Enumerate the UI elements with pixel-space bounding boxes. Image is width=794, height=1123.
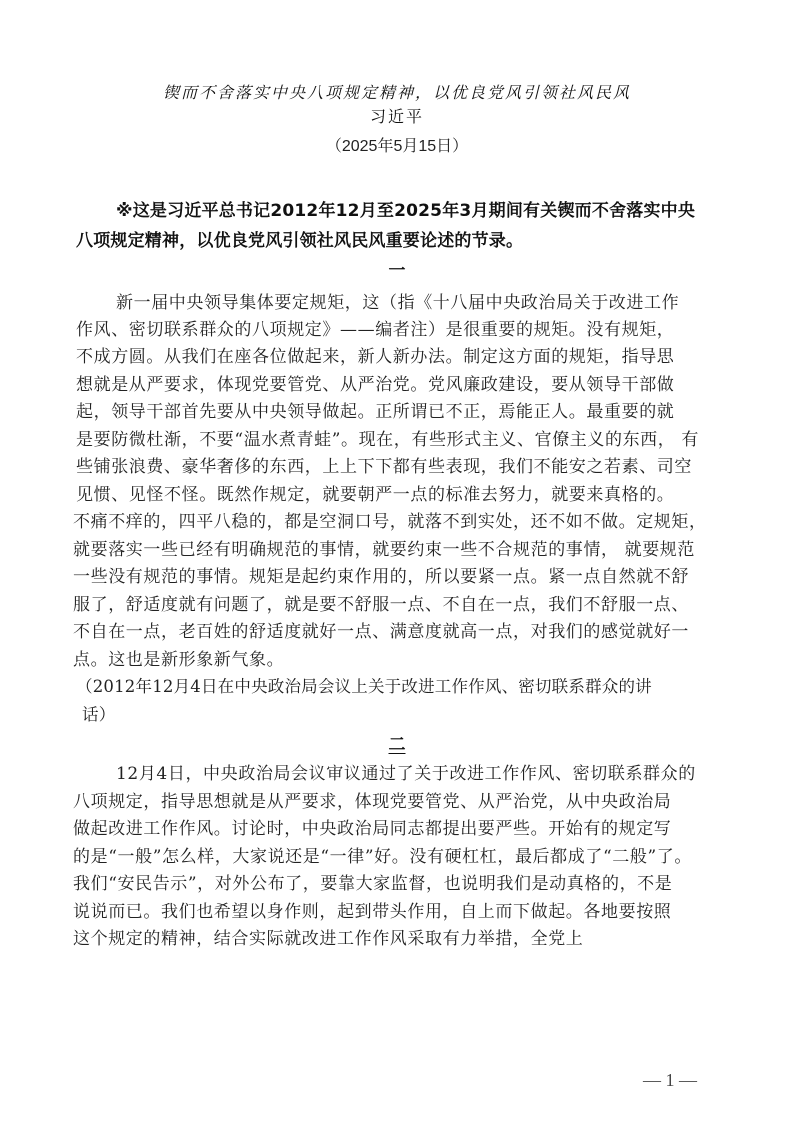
editor-note-line: ※这是习近平总书记2012年12月至2025年3月期间有关锲而不舍落实中央 [116, 200, 695, 222]
paragraph-line: 八项规定，指导思想就是从严要求，体现党要管党、从严治党，从中央政治局 [73, 791, 671, 813]
section-number-label: 二 [389, 735, 406, 755]
document-title: 锲而不舍落实中央八项规定精神，以优良党风引领社风民风 [0, 82, 794, 104]
paragraph-line: 做起改进工作作风。讨论时，中央政治局同志都提出要严些。开始有的规定写 [73, 818, 671, 840]
paragraph-line: 一些没有规范的事情。规矩是起约束作用的，所以要紧一点。紧一点自然就不舒 [73, 566, 689, 588]
paragraph-line: 起，领导干部首先要从中央领导做起。正所谓已不正，焉能正人。最重要的就 [76, 401, 674, 423]
paragraph-line: 不痛不痒的，四平八稳的，都是空洞口号，就落不到实处，还不如不做。定规矩， [73, 511, 707, 533]
section-number: 一 [0, 260, 794, 282]
paragraph-line: 作风、密切联系群众的八项规定》——编者注）是很重要的规矩。没有规矩， [76, 319, 674, 341]
document-date: （2025年5月15日） [0, 136, 794, 158]
source-citation-line: （2012年12月4日在中央政治局会议上关于改进工作作风、密切联系群众的讲 [76, 676, 652, 698]
paragraph-line: 是要防微杜渐，不要“温水煮青蛙”。现在，有些形式主义、官僚主义的东西， 有 [76, 429, 699, 451]
paragraph-line: 的是“一般”怎么样，大家说还是“一律”好。没有硬杠杠，最后都成了“二般”了。 [73, 846, 692, 868]
paragraph-line: 不成方圆。从我们在座各位做起来，新人新办法。制定这方面的规矩，指导思 [76, 346, 674, 368]
document-page: 锲而不舍落实中央八项规定精神，以优良党风引领社风民风 习近平 （2025年5月1… [0, 0, 794, 1123]
page-number: — 1 — [620, 1070, 720, 1091]
section-number: 二 [0, 734, 794, 756]
paragraph-line: 12月4日，中央政治局会议审议通过了关于改进工作作风、密切联系群众的 [116, 763, 696, 785]
paragraph-line: 想就是从严要求，体现党要管党、从严治党。党风廉政建设，要从领导干部做 [76, 374, 674, 396]
paragraph-line: 点。这也是新形象新气象。 [73, 649, 284, 671]
paragraph-line: 这个规定的精神，结合实际就改进工作作风采取有力举措，全党上 [73, 928, 583, 950]
paragraph-line: 我们“安民告示”，对外公布了，要靠大家监督，也说明我们是动真格的，不是 [73, 873, 672, 895]
paragraph-line: 就要落实一些已经有明确规范的事情，就要约束一些不合规范的事情， 就要规范 [73, 539, 695, 561]
paragraph-line: 服了，舒适度就有问题了，就是要不舒服一点、不自在一点，我们不舒服一点、 [73, 594, 689, 616]
paragraph-line: 说说而已。我们也希望以身作则，起到带头作用，自上而下做起。各地要按照 [73, 901, 671, 923]
source-citation-line: 话） [82, 704, 115, 726]
paragraph-line: 见惯、见怪不怪。既然作规定，就要朝严一点的标准去努力，就要来真格的。 [76, 484, 674, 506]
paragraph-line: 些铺张浪费、豪华奢侈的东西，上上下下都有些表现，我们不能安之若素、司空 [76, 456, 692, 478]
paragraph-line: 不自在一点，老百姓的舒适度就好一点、满意度就高一点，对我们的感觉就好一 [73, 621, 689, 643]
document-author: 习近平 [0, 106, 794, 128]
paragraph-line: 新一届中央领导集体要定规矩，这（指《十八届中央政治局关于改进工作 [116, 292, 679, 314]
editor-note-line: 八项规定精神，以优良党风引领社风民风重要论述的节录。 [76, 230, 523, 252]
